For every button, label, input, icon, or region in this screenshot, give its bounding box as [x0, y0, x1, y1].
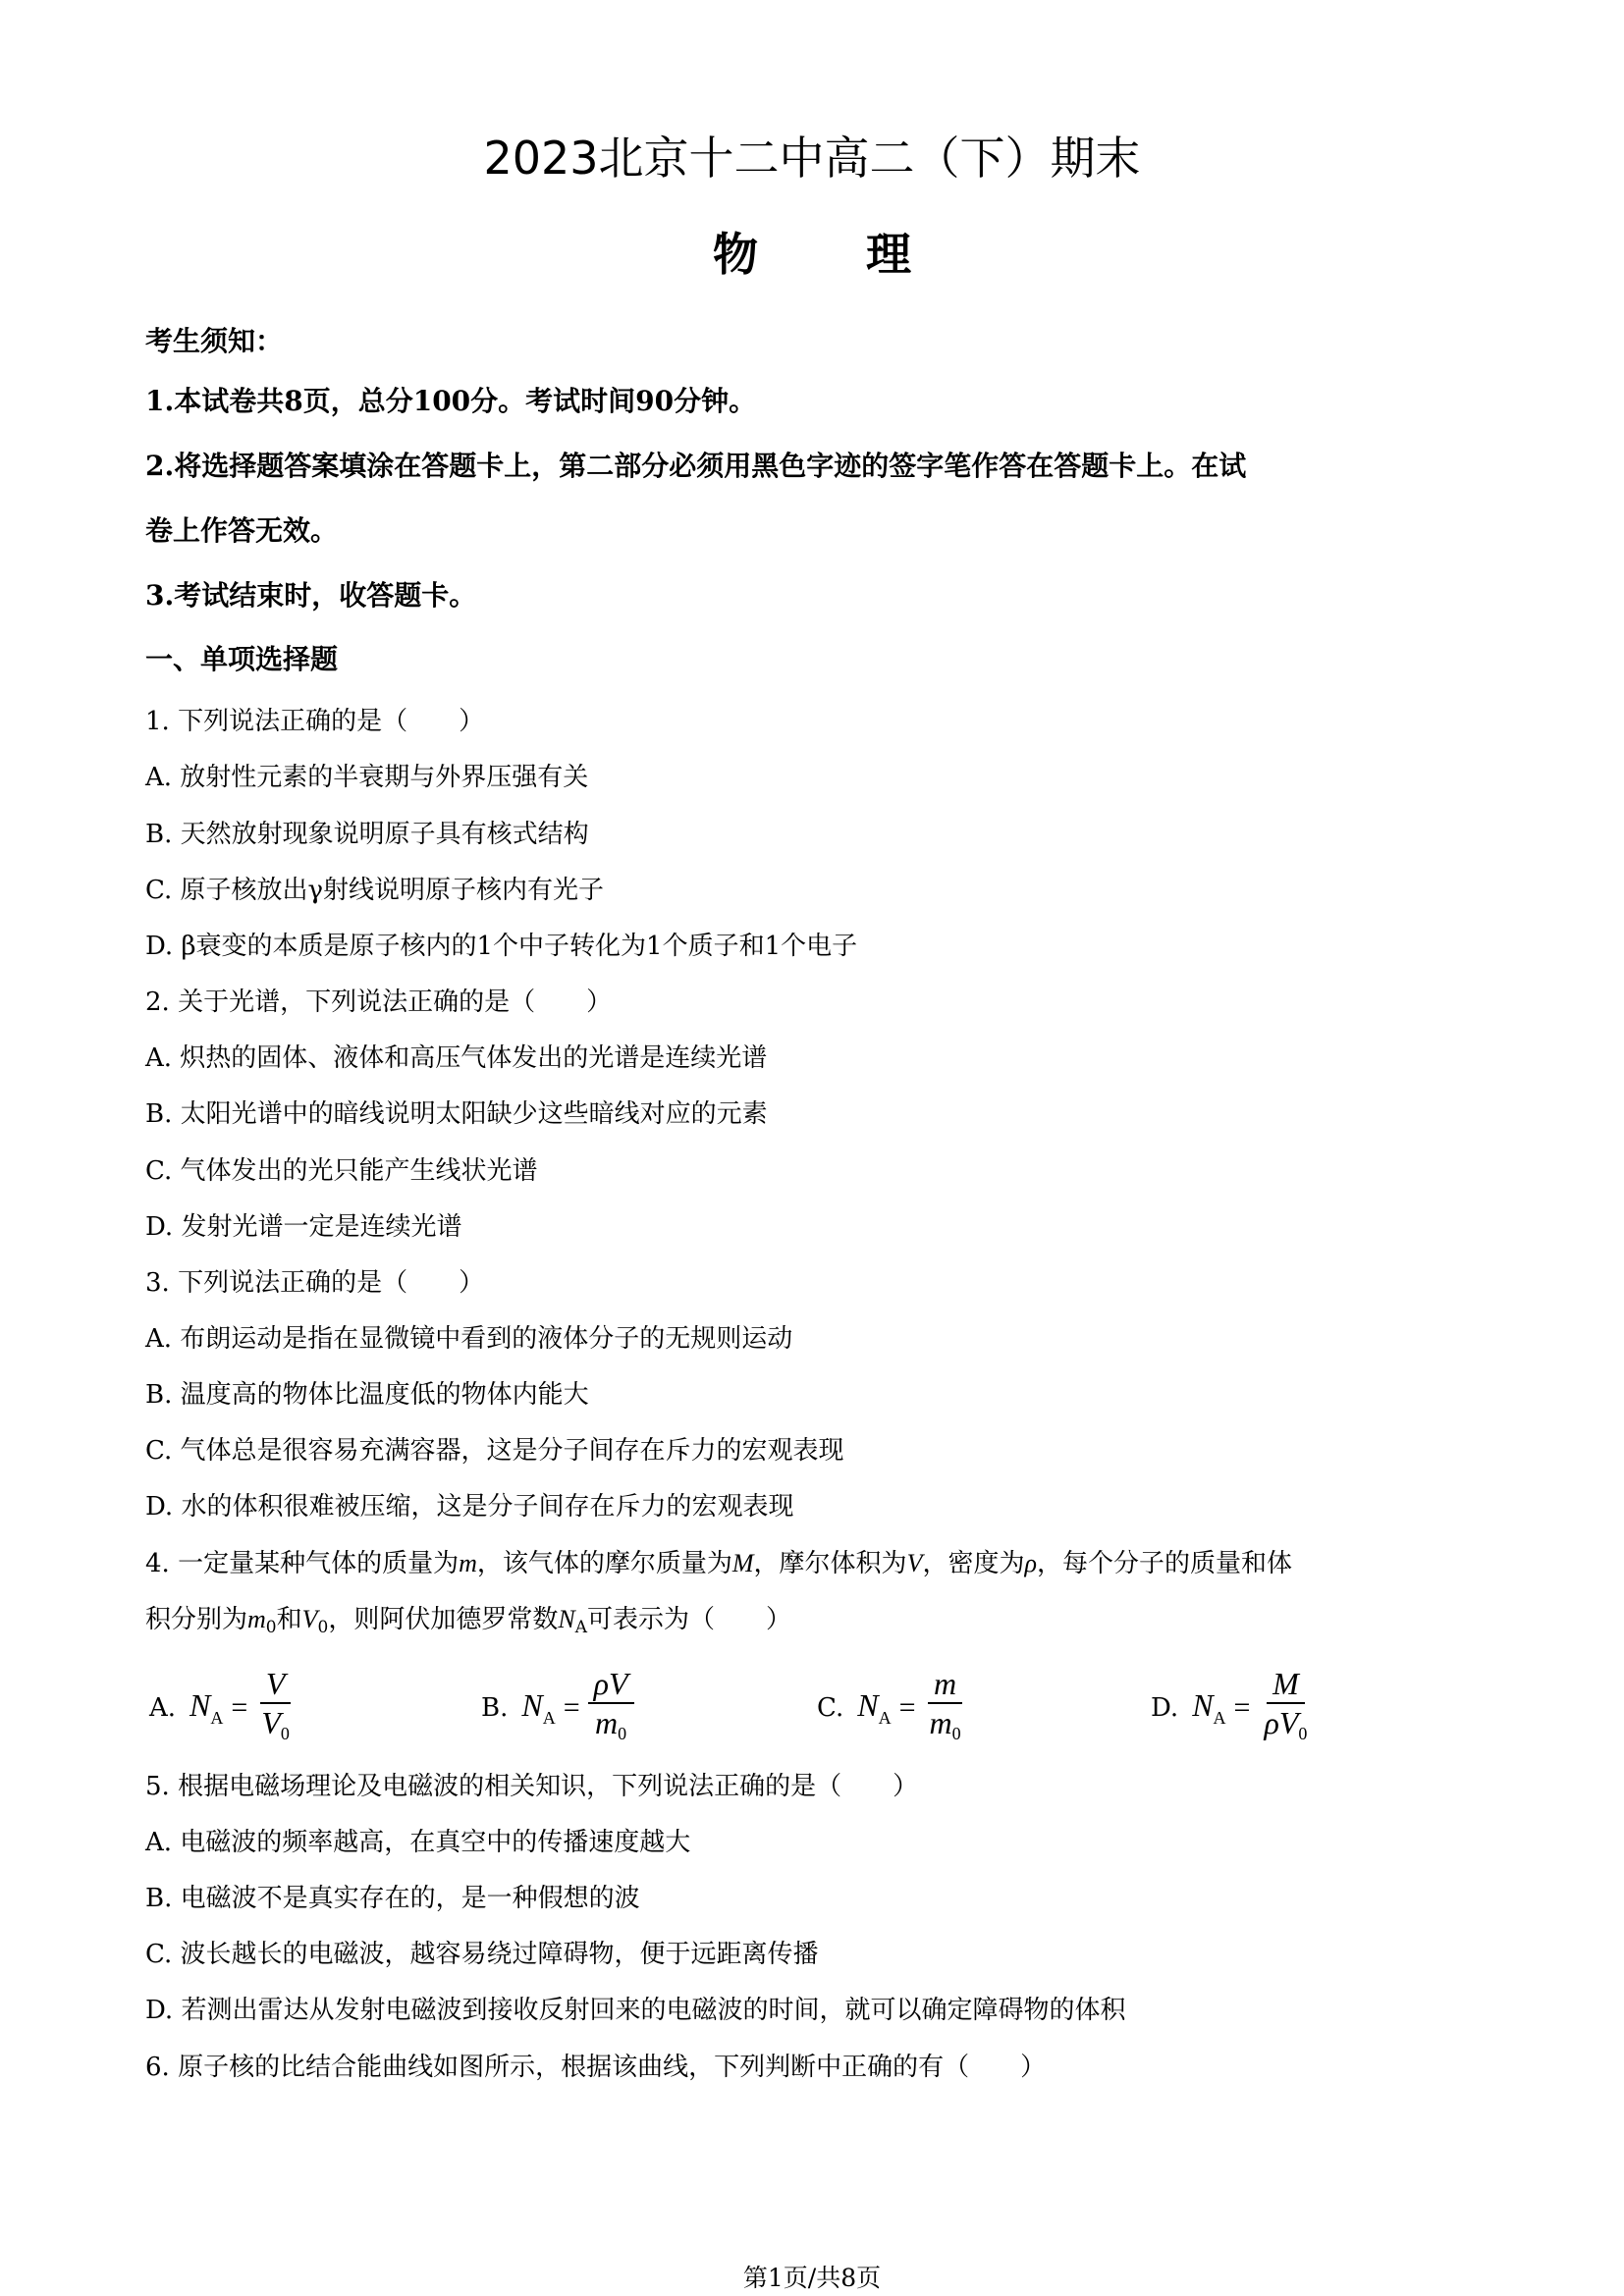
formula-lhs: NA	[521, 1687, 555, 1729]
formula-lhs: NA	[857, 1687, 891, 1729]
question-4-option-d: D. NA = M ρV0	[1151, 1664, 1313, 1752]
notice-item-2: 2.将选择题答案填涂在答题卡上，第二部分必须用黑色字迹的签字笔作答在答题卡上。在…	[145, 450, 1246, 483]
question-2-stem: 2. 关于光谱，下列说法正确的是（ ）	[145, 986, 612, 1019]
question-1-option-a: A. 放射性元素的半衰期与外界压强有关	[145, 761, 588, 794]
question-3-option-b: B. 温度高的物体比温度低的物体内能大	[145, 1378, 589, 1412]
question-2-option-a: A. 炽热的固体、液体和高压气体发出的光谱是连续光谱	[145, 1041, 767, 1075]
page-number: 第1页/共8页	[0, 2263, 1624, 2294]
denominator: V0	[255, 1704, 296, 1752]
equals-sign: =	[564, 1691, 580, 1725]
question-5-option-a: A. 电磁波的频率越高，在真空中的传播速度越大	[145, 1826, 690, 1859]
fraction: M ρV0	[1258, 1665, 1313, 1752]
notice-item-2-cont: 卷上作答无效。	[145, 514, 338, 548]
question-5-option-d: D. 若测出雷达从发射电磁波到接收反射回来的电磁波的时间，就可以确定障碍物的体积	[145, 1994, 1125, 2027]
subject-char-1: 物	[713, 227, 758, 282]
numerator: m	[928, 1665, 962, 1704]
question-4-option-b: B. NA = ρV m0	[481, 1664, 634, 1752]
section-title: 一、单项选择题	[145, 643, 338, 676]
question-5-stem: 5. 根据电磁场理论及电磁波的相关知识，下列说法正确的是（ ）	[145, 1770, 918, 1803]
notice-item-1: 1.本试卷共8页，总分100分。考试时间90分钟。	[145, 385, 756, 418]
q4-text: ，每个分子的质量和体	[1037, 1549, 1292, 1578]
numerator: M	[1267, 1665, 1305, 1704]
subscript: 0	[318, 1618, 329, 1637]
fraction: V V0	[255, 1665, 296, 1752]
question-3-option-a: A. 布朗运动是指在显微镜中看到的液体分子的无规则运动	[145, 1322, 792, 1356]
var-V: V	[907, 1549, 923, 1577]
equals-sign: =	[231, 1691, 247, 1725]
q4-text: 4. 一定量某种气体的质量为	[145, 1549, 459, 1578]
fraction: ρV m0	[588, 1665, 634, 1752]
exam-title: 2023北京十二中高二（下）期末	[0, 131, 1624, 186]
question-5-option-c: C. 波长越长的电磁波，越容易绕过障碍物，便于远距离传播	[145, 1938, 819, 1971]
var-m0: m	[247, 1605, 266, 1633]
question-2-option-c: C. 气体发出的光只能产生线状光谱	[145, 1154, 538, 1188]
numerator: ρV	[588, 1665, 634, 1704]
question-4-option-c: C. NA = m m0	[817, 1664, 967, 1752]
question-3-option-d: D. 水的体积很难被压缩，这是分子间存在斥力的宏观表现	[145, 1490, 793, 1523]
question-6-stem: 6. 原子核的比结合能曲线如图所示，根据该曲线，下列判断中正确的有（ ）	[145, 2051, 1046, 2084]
question-1-option-b: B. 天然放射现象说明原子具有核式结构	[145, 818, 589, 851]
q4-text: 可表示为（ ）	[587, 1605, 791, 1634]
subject-title: 物理	[0, 227, 1624, 282]
formula-lhs: NA	[1192, 1687, 1225, 1729]
denominator: ρV0	[1258, 1704, 1313, 1752]
denominator: m0	[924, 1704, 967, 1752]
var-V0: V	[302, 1605, 318, 1633]
q4-text: ，摩尔体积为	[754, 1549, 907, 1578]
question-3-option-c: C. 气体总是很容易充满容器，这是分子间存在斥力的宏观表现	[145, 1434, 844, 1468]
notice-heading: 考生须知：	[145, 325, 283, 358]
numerator: V	[260, 1665, 292, 1704]
question-2-option-d: D. 发射光谱一定是连续光谱	[145, 1210, 461, 1244]
var-m: m	[459, 1549, 477, 1577]
question-4-stem-line-2: 积分别为m0和V0，则阿伏加德罗常数NA可表示为（ ）	[145, 1603, 791, 1644]
q4-text: ，则阿伏加德罗常数	[328, 1605, 558, 1634]
question-4-formula-options: A. NA = V V0 B. NA = ρV m0 C. NA = m m0 …	[145, 1664, 1520, 1752]
var-rho: ρ	[1024, 1549, 1036, 1577]
q4-text: ，密度为	[922, 1549, 1024, 1578]
option-label: A.	[149, 1693, 176, 1723]
question-5-option-b: B. 电磁波不是真实存在的，是一种假想的波	[145, 1882, 640, 1915]
question-3-stem: 3. 下列说法正确的是（ ）	[145, 1266, 484, 1300]
question-1-option-c: C. 原子核放出γ射线说明原子核内有光子	[145, 874, 604, 907]
equals-sign: =	[1234, 1691, 1251, 1725]
option-label: B.	[481, 1693, 508, 1723]
var-NA: N	[558, 1605, 574, 1633]
q4-text: 和	[277, 1605, 302, 1634]
option-label: D.	[1151, 1693, 1178, 1723]
fraction: m m0	[924, 1665, 967, 1752]
subscript: A	[575, 1618, 587, 1637]
subject-char-2: 理	[866, 227, 911, 282]
subscript: 0	[266, 1618, 277, 1637]
q4-text: ，该气体的摩尔质量为	[477, 1549, 732, 1578]
denominator: m0	[589, 1704, 632, 1752]
question-4-stem-line-1: 4. 一定量某种气体的质量为m，该气体的摩尔质量为M，摩尔体积为V，密度为ρ，每…	[145, 1547, 1292, 1580]
formula-lhs: NA	[189, 1687, 223, 1729]
question-1-stem: 1. 下列说法正确的是（ ）	[145, 705, 484, 738]
notice-item-3: 3.考试结束时，收答题卡。	[145, 579, 476, 613]
question-2-option-b: B. 太阳光谱中的暗线说明太阳缺少这些暗线对应的元素	[145, 1097, 768, 1131]
question-4-option-a: A. NA = V V0	[149, 1664, 296, 1752]
question-1-option-d: D. β衰变的本质是原子核内的1个中子转化为1个质子和1个电子	[145, 930, 857, 963]
equals-sign: =	[899, 1691, 916, 1725]
var-M: M	[732, 1549, 754, 1577]
q4-text: 积分别为	[145, 1605, 247, 1634]
option-label: C.	[817, 1693, 843, 1723]
